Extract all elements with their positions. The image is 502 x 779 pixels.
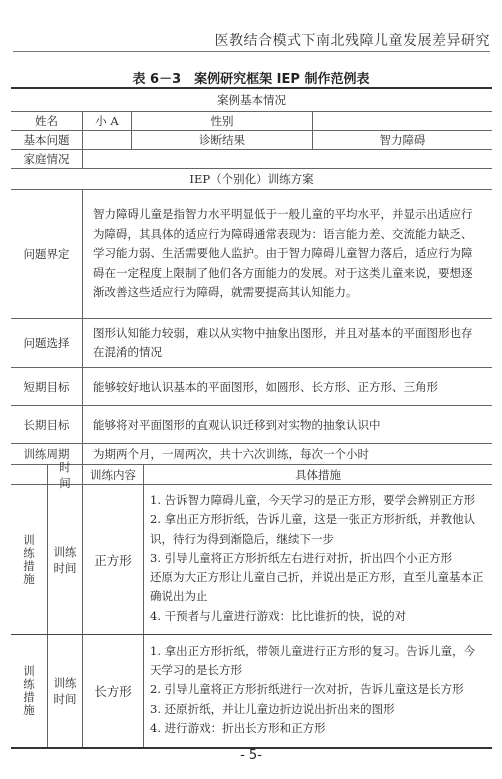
content-cell: 长方形 <box>82 635 143 747</box>
step: 3. 还原折纸，并让儿童边折边说出折出来的图形 <box>150 700 486 719</box>
basic-problem-row: 基本问题 诊断结果 智力障碍 <box>11 130 492 149</box>
short-term-text: 能够较好地认识基本的平面图形，如圆形、长方形、正方形、三角形 <box>82 368 492 405</box>
content-header: 训练内容 <box>82 465 143 484</box>
step: 1. 拿出正方形折纸，带领儿童进行正方形的复习。告诉儿童，今天学习的是长方形 <box>150 642 486 681</box>
gender-value <box>312 112 492 130</box>
iep-title-row: IEP（个别化）训练方案 <box>11 168 492 189</box>
time-cell: 训练 时间 <box>47 485 82 634</box>
iep-table: 案例基本情况 姓名 小 A 性别 基本问题 诊断结果 智力障碍 家庭情况 IEP… <box>11 87 492 749</box>
basic-info-title: 案例基本情况 <box>11 89 492 111</box>
table-caption: 表 6－3 案例研究框架 IEP 制作范例表 <box>0 68 502 87</box>
time-cell: 训练 时间 <box>47 635 82 747</box>
diagnosis-value: 智力障碍 <box>312 131 492 149</box>
basic-problem-value <box>82 131 131 149</box>
measures-header: 具体措施 <box>143 465 492 484</box>
problem-definition-text: 智力障碍儿童是指智力水平明显低于一般儿童的平均水平，并显示出适应行为障碍，其具体… <box>93 205 488 302</box>
name-value: 小 A <box>82 112 131 130</box>
iep-title: IEP（个别化）训练方案 <box>11 169 492 189</box>
gender-label: 性别 <box>131 112 312 130</box>
running-header: 医教结合模式下南北残障儿童发展差异研究 <box>215 30 491 50</box>
measure-block-square: 训 练 措 施 训练 时间 正方形 1. 告诉智力障碍儿童，今天学习的是正方形，… <box>11 484 492 634</box>
basic-info-title-row: 案例基本情况 <box>11 89 492 111</box>
problem-selection-row: 问题选择 图形认知能力较弱，难以从实物中抽象出图形，并且对基本的平面图形也存在混… <box>11 318 492 367</box>
content-cell: 正方形 <box>82 485 143 634</box>
long-term-label: 长期目标 <box>11 406 82 443</box>
step: 1. 告诉智力障碍儿童，今天学习的是正方形，要学会辨别正方形 <box>150 491 486 510</box>
family-label: 家庭情况 <box>11 150 82 168</box>
problem-selection-text: 图形认知能力较弱，难以从实物中抽象出图形，并且对基本的平面图形也存在混淆的情况 <box>93 324 488 363</box>
steps-list: 1. 告诉智力障碍儿童，今天学习的是正方形，要学会辨别正方形 2. 拿出正方形折… <box>144 485 492 630</box>
problem-definition-label: 问题界定 <box>11 190 82 318</box>
step: 2. 引导儿童将正方形折纸进行一次对折，告诉儿童这是长方形 <box>150 680 486 699</box>
family-value <box>82 150 492 168</box>
name-row: 姓名 小 A 性别 <box>11 111 492 130</box>
period-row: 训练周期 为期两个月，一周两次，共十六次训练，每次一个小时 <box>11 443 492 464</box>
long-term-row: 长期目标 能够将对平面图形的直观认识迁移到对实物的抽象认识中 <box>11 405 492 443</box>
name-label: 姓名 <box>11 112 82 130</box>
basic-problem-label: 基本问题 <box>11 131 82 149</box>
header-rule <box>13 51 490 52</box>
outer-label: 训 练 措 施 <box>11 485 47 634</box>
step: 2. 拿出正方形折纸，告诉儿童，这是一张正方形折纸，并教他认识，待行为得到渐隐后… <box>150 510 486 549</box>
time-header: 时 间 <box>47 465 82 484</box>
long-term-text: 能够将对平面图形的直观认识迁移到对实物的抽象认识中 <box>82 406 492 443</box>
diagnosis-label: 诊断结果 <box>131 131 312 149</box>
problem-definition-row: 问题界定 智力障碍儿童是指智力水平明显低于一般儿童的平均水平，并显示出适应行为障… <box>11 189 492 318</box>
period-text: 为期两个月，一周两次，共十六次训练，每次一个小时 <box>82 444 492 464</box>
short-term-label: 短期目标 <box>11 368 82 405</box>
short-term-row: 短期目标 能够较好地认识基本的平面图形，如圆形、长方形、正方形、三角形 <box>11 367 492 405</box>
page-number: - 5- <box>0 748 502 763</box>
measure-block-rectangle: 训 练 措 施 训练 时间 长方形 1. 拿出正方形折纸，带领儿童进行正方形的复… <box>11 634 492 747</box>
step: 4. 进行游戏：折出长方形和正方形 <box>150 719 486 738</box>
steps-list: 1. 拿出正方形折纸，带领儿童进行正方形的复习。告诉儿童，今天学习的是长方形 2… <box>144 640 492 742</box>
problem-selection-label: 问题选择 <box>11 319 82 367</box>
outer-label: 训 练 措 施 <box>11 635 47 747</box>
measures-header-row: 时 间 训练内容 具体措施 <box>11 464 492 484</box>
step: 3. 引导儿童将正方形折纸左右进行对折，折出四个小正方形 <box>150 549 486 568</box>
step: 还原为大正方形让儿童自己折，并说出是正方形，直至儿童基本正确说出为止 <box>150 568 486 607</box>
family-row: 家庭情况 <box>11 149 492 168</box>
step: 4. 干预者与儿童进行游戏：比比谁折的快，说的对 <box>150 607 486 626</box>
